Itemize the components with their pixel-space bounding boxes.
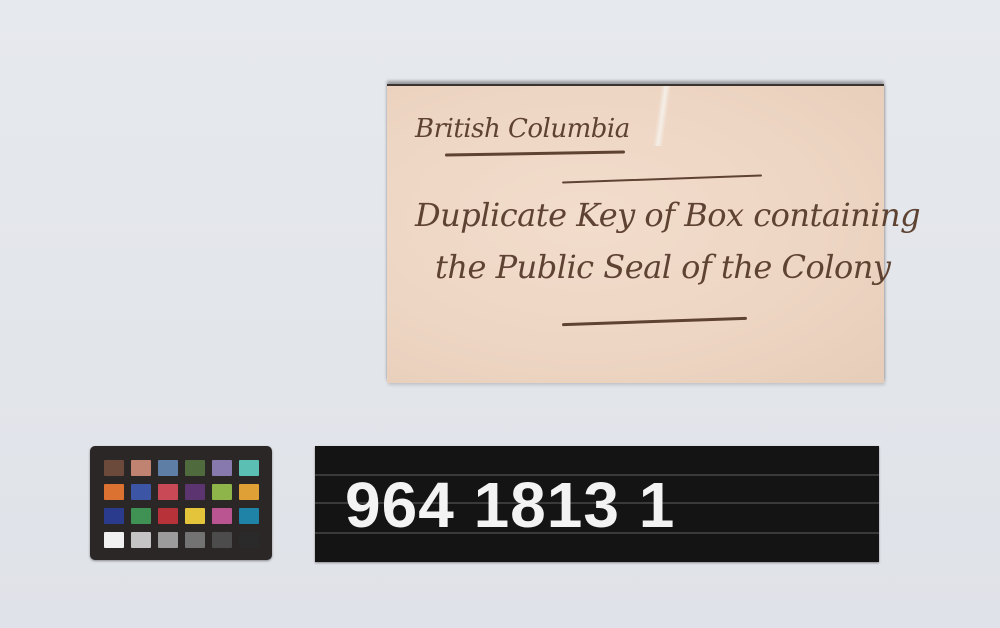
color-chip (212, 484, 232, 500)
color-chip (185, 532, 205, 548)
color-chip (131, 484, 151, 500)
envelope-description-line-1: Duplicate Key of Box containing (415, 196, 920, 234)
color-chip (185, 484, 205, 500)
catalog-number: 964 1813 1 (345, 468, 675, 542)
color-chip (212, 460, 232, 476)
color-chip (131, 532, 151, 548)
color-chip (104, 532, 124, 548)
color-chip (104, 484, 124, 500)
color-chip (158, 508, 178, 524)
color-chip (185, 508, 205, 524)
color-chip (131, 508, 151, 524)
color-chip (239, 484, 259, 500)
color-chip (131, 460, 151, 476)
catalog-number-board: 964 1813 1 (315, 446, 879, 562)
envelope-description-line-2: the Public Seal of the Colony (435, 248, 890, 286)
color-chip (158, 460, 178, 476)
envelope: British Columbia Duplicate Key of Box co… (387, 84, 884, 383)
underline (445, 150, 625, 156)
envelope-address-line: British Columbia (415, 114, 630, 144)
color-chip (185, 460, 205, 476)
color-chip (104, 508, 124, 524)
color-chip (104, 460, 124, 476)
underline (562, 317, 747, 326)
envelope-tear (653, 86, 671, 146)
color-chip (158, 532, 178, 548)
divider-line (562, 175, 762, 184)
color-calibration-chart (90, 446, 272, 560)
color-chip (239, 460, 259, 476)
color-chip (212, 532, 232, 548)
color-chip (212, 508, 232, 524)
color-chip (239, 508, 259, 524)
color-chip (239, 532, 259, 548)
color-chip (158, 484, 178, 500)
